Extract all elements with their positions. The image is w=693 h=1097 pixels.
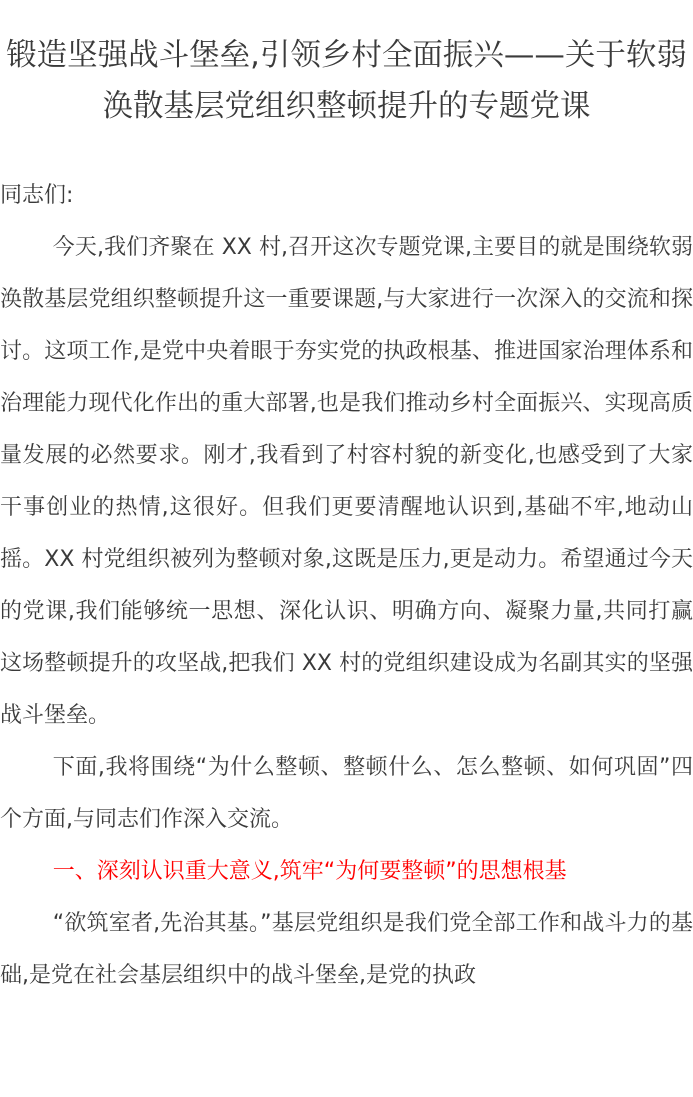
body-paragraph: “欲筑室者,先治其基。”基层党组织是我们党全部工作和战斗力的基础,是党在社会基层…	[0, 898, 693, 1002]
salutation: 同志们:	[0, 170, 693, 222]
document-body: 同志们: 今天,我们齐聚在 XX 村,召开这次专题党课,主要目的就是围绕软弱涣散…	[0, 170, 693, 1002]
body-paragraph: 今天,我们齐聚在 XX 村,召开这次专题党课,主要目的就是围绕软弱涣散基层党组织…	[0, 222, 693, 742]
section-heading: 一、深刻认识重大意义,筑牢“为何要整顿”的思想根基	[0, 846, 693, 898]
body-paragraph: 下面,我将围绕“为什么整顿、整顿什么、怎么整顿、如何巩固”四个方面,与同志们作深…	[0, 742, 693, 846]
document-title: 锻造坚强战斗堡垒,引领乡村全面振兴——关于软弱涣散基层党组织整顿提升的专题党课	[0, 30, 693, 132]
